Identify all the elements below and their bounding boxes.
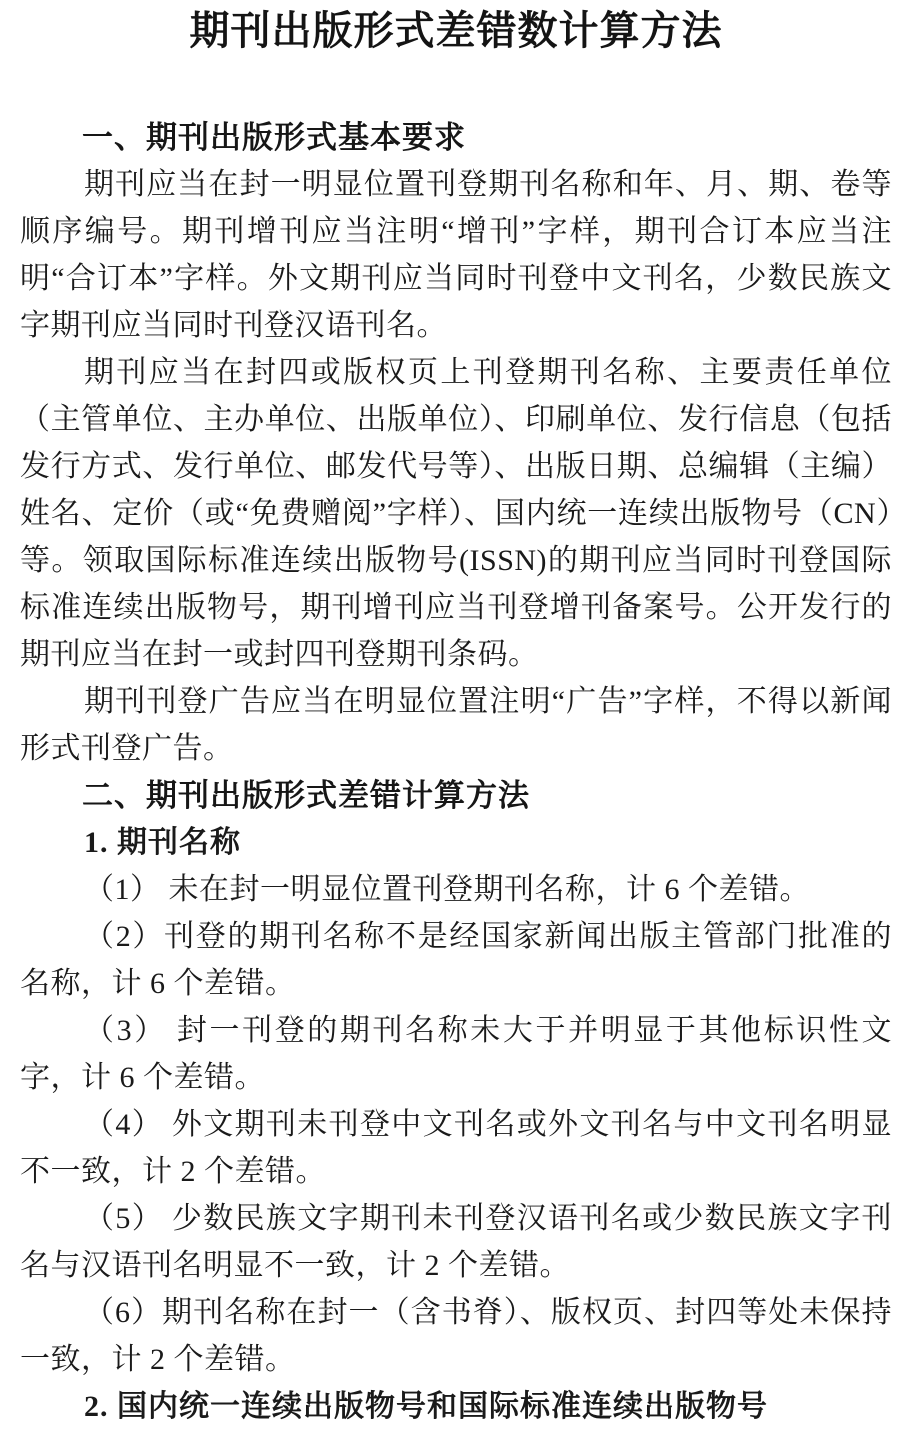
list-item: （1） 未在封一明显位置刊登期刊名称，计 6 个差错。 bbox=[20, 866, 892, 913]
list-item: （6）期刊名称在封一（含书脊）、版权页、封四等处未保持一致，计 2 个差错。 bbox=[20, 1289, 892, 1383]
subsection-1-heading: 1. 期刊名称 bbox=[20, 819, 892, 866]
section-2-heading: 二、期刊出版形式差错计算方法 bbox=[20, 772, 892, 819]
paragraph: 期刊刊登广告应当在明显位置注明“广告”字样，不得以新闻形式刊登广告。 bbox=[20, 678, 892, 772]
document-page: 期刊出版形式差错数计算方法 一、期刊出版形式基本要求 期刊应当在封一明显位置刊登… bbox=[0, 0, 914, 1439]
section-1-heading: 一、期刊出版形式基本要求 bbox=[20, 114, 892, 161]
list-item: （4） 外文期刊未刊登中文刊名或外文刊名与中文刊名明显不一致，计 2 个差错。 bbox=[20, 1101, 892, 1195]
paragraph: 期刊应当在封一明显位置刊登期刊名称和年、月、期、卷等顺序编号。期刊增刊应当注明“… bbox=[20, 161, 892, 349]
document-title: 期刊出版形式差错数计算方法 bbox=[20, 6, 892, 56]
list-item: （3） 封一刊登的期刊名称未大于并明显于其他标识性文字，计 6 个差错。 bbox=[20, 1007, 892, 1101]
subsection-2-heading: 2. 国内统一连续出版物号和国际标准连续出版物号 bbox=[20, 1383, 892, 1430]
list-item: （5） 少数民族文字期刊未刊登汉语刊名或少数民族文字刊名与汉语刊名明显不一致，计… bbox=[20, 1195, 892, 1289]
list-item: （2）刊登的期刊名称不是经国家新闻出版主管部门批准的名称，计 6 个差错。 bbox=[20, 913, 892, 1007]
paragraph: 期刊应当在封四或版权页上刊登期刊名称、主要责任单位（主管单位、主办单位、出版单位… bbox=[20, 349, 892, 678]
